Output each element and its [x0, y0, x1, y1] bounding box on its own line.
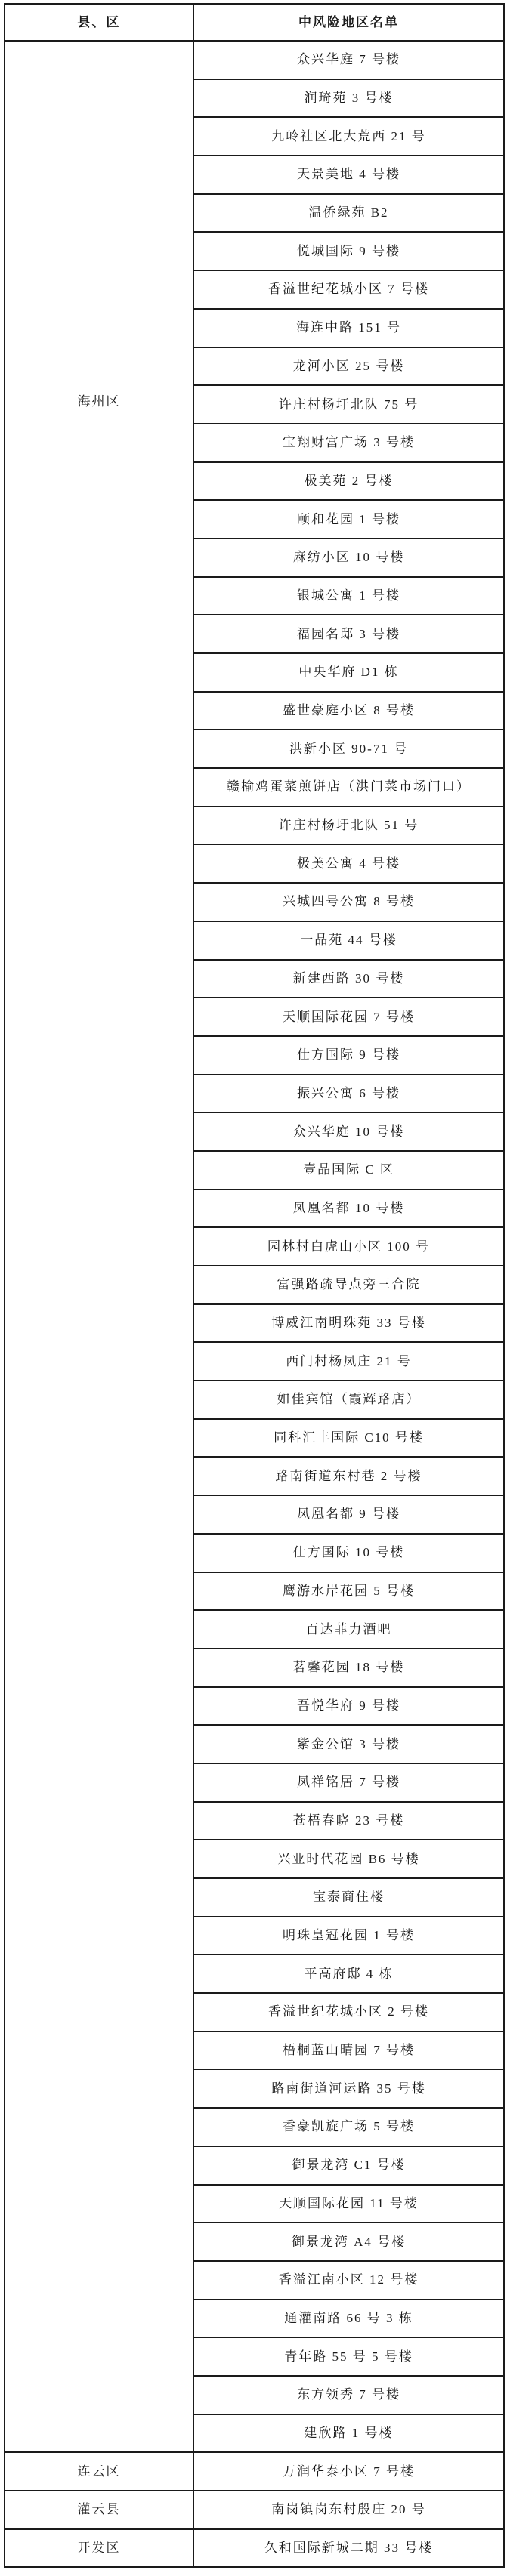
area-cell: 紫金公馆 3 号楼: [193, 1725, 504, 1763]
area-cell: 悦城国际 9 号楼: [193, 232, 504, 270]
district-cell: 灌云县: [5, 2491, 193, 2529]
area-cell: 御景龙湾 A4 号楼: [193, 2223, 504, 2261]
area-cell: 众兴华庭 10 号楼: [193, 1112, 504, 1151]
area-cell: 茗馨花园 18 号楼: [193, 1649, 504, 1687]
area-cell: 润琦苑 3 号楼: [193, 79, 504, 118]
area-cell: 麻纺小区 10 号楼: [193, 538, 504, 577]
area-cell: 兴城四号公寓 8 号楼: [193, 883, 504, 921]
table-row: 连云区万润华泰小区 7 号楼: [5, 2452, 504, 2491]
area-cell: 园林村白虎山小区 100 号: [193, 1227, 504, 1266]
area-cell: 博威江南明珠苑 33 号楼: [193, 1304, 504, 1343]
area-cell: 东方领秀 7 号楼: [193, 2376, 504, 2414]
area-cell: 颐和花园 1 号楼: [193, 500, 504, 538]
area-cell: 梧桐蓝山晴园 7 号楼: [193, 2031, 504, 2070]
area-cell: 银城公寓 1 号楼: [193, 577, 504, 615]
area-cell: 极美苑 2 号楼: [193, 462, 504, 501]
area-cell: 福园名邸 3 号楼: [193, 615, 504, 653]
area-cell: 许庄村杨圩北队 51 号: [193, 807, 504, 845]
area-cell: 同科汇丰国际 C10 号楼: [193, 1419, 504, 1458]
district-cell: 海州区: [5, 41, 193, 2452]
area-cell: 天景美地 4 号楼: [193, 156, 504, 194]
area-cell: 兴业时代花园 B6 号楼: [193, 1840, 504, 1878]
area-cell: 宝翔财富广场 3 号楼: [193, 424, 504, 462]
area-cell: 龙河小区 25 号楼: [193, 347, 504, 386]
district-column-header: 县、区: [5, 4, 193, 41]
area-cell: 香溢世纪花城小区 2 号楼: [193, 1993, 504, 2031]
area-cell: 青年路 55 号 5 号楼: [193, 2337, 504, 2376]
area-cell: 路南街道东村巷 2 号楼: [193, 1457, 504, 1495]
area-cell: 天顺国际花园 11 号楼: [193, 2185, 504, 2223]
area-cell: 凤凰名都 9 号楼: [193, 1495, 504, 1534]
area-cell: 香豪凯旋广场 5 号楼: [193, 2108, 504, 2146]
area-cell: 仕方国际 10 号楼: [193, 1534, 504, 1572]
area-cell: 宝泰商住楼: [193, 1878, 504, 1917]
area-cell: 赣榆鸡蛋菜煎饼店（洪门菜市场门口）: [193, 768, 504, 807]
medium-risk-area-table: 县、区 中风险地区名单 海州区众兴华庭 7 号楼润琦苑 3 号楼九岭社区北大荒西…: [4, 3, 505, 2568]
area-cell: 明珠皇冠花园 1 号楼: [193, 1917, 504, 1955]
area-cell: 御景龙湾 C1 号楼: [193, 2146, 504, 2185]
area-cell: 富强路疏导点旁三合院: [193, 1266, 504, 1304]
area-cell: 凤凰名都 10 号楼: [193, 1189, 504, 1228]
district-cell: 开发区: [5, 2529, 193, 2568]
area-cell: 极美公寓 4 号楼: [193, 844, 504, 883]
area-cell: 凤祥铭居 7 号楼: [193, 1763, 504, 1802]
table-row: 海州区众兴华庭 7 号楼: [5, 41, 504, 79]
area-cell: 南岗镇岗东村殷庄 20 号: [193, 2491, 504, 2529]
area-cell: 众兴华庭 7 号楼: [193, 41, 504, 79]
table-row: 开发区久和国际新城二期 33 号楼: [5, 2529, 504, 2568]
area-cell: 香溢江南小区 12 号楼: [193, 2261, 504, 2300]
area-cell: 路南街道河运路 35 号楼: [193, 2069, 504, 2108]
area-cell: 新建西路 30 号楼: [193, 960, 504, 998]
area-cell: 振兴公寓 6 号楼: [193, 1075, 504, 1113]
area-cell: 西门村杨凤庄 21 号: [193, 1342, 504, 1381]
area-cell: 苍梧春晓 23 号楼: [193, 1802, 504, 1840]
area-cell: 仕方国际 9 号楼: [193, 1036, 504, 1075]
area-cell: 洪新小区 90-71 号: [193, 730, 504, 768]
area-cell: 一品苑 44 号楼: [193, 921, 504, 960]
area-cell: 盛世豪庭小区 8 号楼: [193, 692, 504, 730]
area-cell: 壹品国际 C 区: [193, 1151, 504, 1189]
area-cell: 鹰游水岸花园 5 号楼: [193, 1572, 504, 1611]
area-cell: 许庄村杨圩北队 75 号: [193, 385, 504, 424]
table-body: 海州区众兴华庭 7 号楼润琦苑 3 号楼九岭社区北大荒西 21 号天景美地 4 …: [5, 41, 504, 2567]
area-cell: 天顺国际花园 7 号楼: [193, 998, 504, 1036]
area-cell: 海连中路 151 号: [193, 309, 504, 347]
area-cell: 建欣路 1 号楼: [193, 2414, 504, 2453]
area-cell: 吾悦华府 9 号楼: [193, 1687, 504, 1726]
area-cell: 温侨绿苑 B2: [193, 194, 504, 233]
table-row: 灌云县南岗镇岗东村殷庄 20 号: [5, 2491, 504, 2529]
risk-list-column-header: 中风险地区名单: [193, 4, 504, 41]
area-cell: 如佳宾馆（霞辉路店）: [193, 1381, 504, 1419]
area-cell: 中央华府 D1 栋: [193, 653, 504, 692]
area-cell: 九岭社区北大荒西 21 号: [193, 117, 504, 156]
district-cell: 连云区: [5, 2452, 193, 2491]
area-cell: 万润华泰小区 7 号楼: [193, 2452, 504, 2491]
area-cell: 通灌南路 66 号 3 栋: [193, 2300, 504, 2338]
area-cell: 平高府邸 4 栋: [193, 1954, 504, 1993]
area-cell: 百达菲力酒吧: [193, 1610, 504, 1649]
area-cell: 久和国际新城二期 33 号楼: [193, 2529, 504, 2568]
header-row: 县、区 中风险地区名单: [5, 4, 504, 41]
area-cell: 香溢世纪花城小区 7 号楼: [193, 270, 504, 309]
